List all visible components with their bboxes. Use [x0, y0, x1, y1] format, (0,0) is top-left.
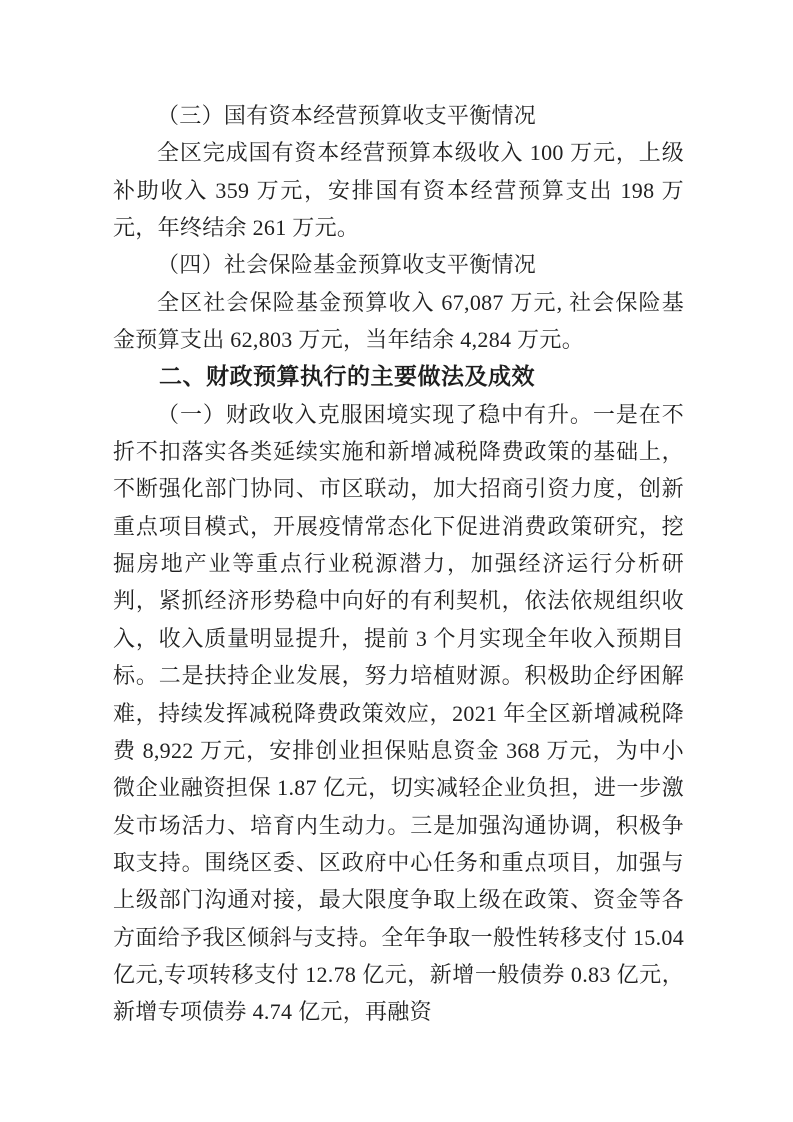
subsection-heading-state-capital-budget: （三）国有资本经营预算收支平衡情况: [113, 97, 684, 134]
paragraph-social-insurance-fund-figures: 全区社会保险基金预算收入 67,087 万元, 社会保险基金预算支出 62,80…: [113, 284, 684, 359]
paragraph-state-capital-budget-figures: 全区完成国有资本经营预算本级收入 100 万元，上级补助收入 359 万元，安排…: [113, 134, 684, 246]
section-heading-budget-execution-practices: 二、财政预算执行的主要做法及成效: [113, 358, 684, 395]
paragraph-fiscal-revenue-measures: （一）财政收入克服困境实现了稳中有升。一是在不折不扣落实各类延续实施和新增减税降…: [113, 396, 684, 1031]
document-page: （三）国有资本经营预算收支平衡情况 全区完成国有资本经营预算本级收入 100 万…: [0, 0, 793, 1122]
document-text-block: （三）国有资本经营预算收支平衡情况 全区完成国有资本经营预算本级收入 100 万…: [113, 97, 684, 1031]
subsection-heading-social-insurance-fund-budget: （四）社会保险基金预算收支平衡情况: [113, 246, 684, 283]
